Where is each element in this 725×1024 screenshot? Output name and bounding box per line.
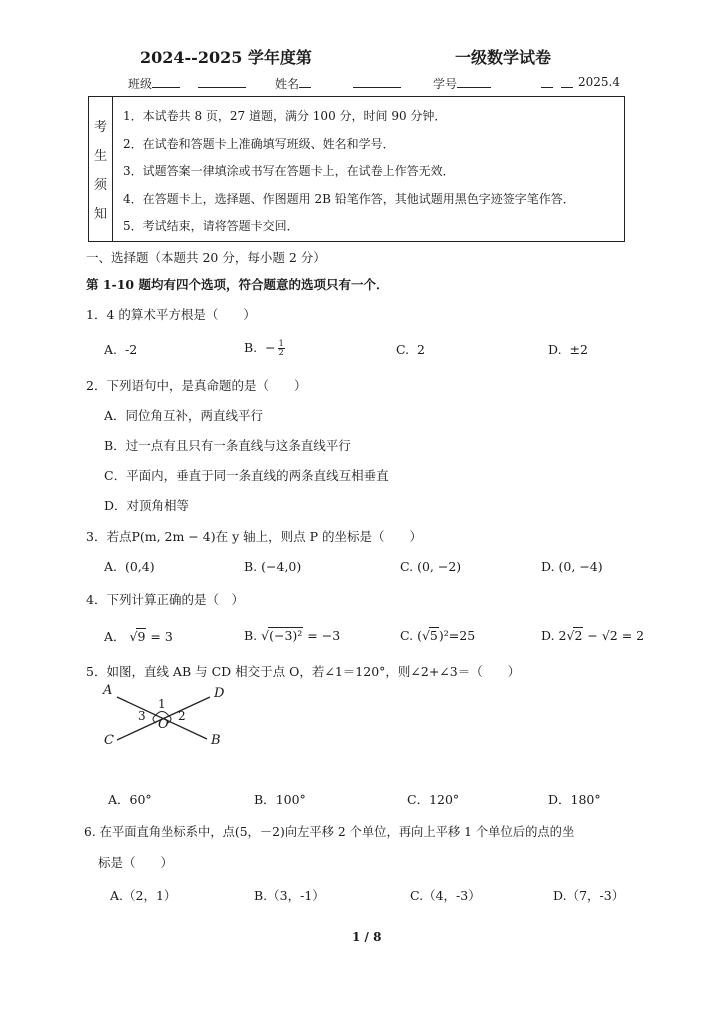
name-label: 姓名	[275, 77, 299, 91]
option-label: D.	[548, 342, 562, 357]
question-2-option-a: A．同位角互补，两直线平行	[104, 406, 263, 424]
question-5-stem: 5．如图，直线 AB 与 CD 相交于点 O，若∠1＝120°，则∠2+∠3＝（…	[86, 662, 520, 680]
option-text: = −3	[303, 628, 340, 643]
question-6-option-b: B.（3，-1）	[254, 886, 325, 904]
option-label: B.	[254, 888, 267, 903]
name-blank	[299, 76, 311, 88]
exam-title-left: 2024--2025 学年度第	[140, 45, 312, 68]
student-id-label: 学号	[433, 77, 457, 91]
question-5-option-a: A．60°	[108, 790, 152, 808]
option-text: (0, −4)	[559, 559, 603, 574]
question-1-option-b: B. −12	[244, 340, 285, 357]
option-text: 过一点有且只有一条直线与这条直线平行	[126, 438, 351, 453]
exam-date: 2025.4	[578, 75, 620, 89]
notice-side-char: 须	[94, 174, 107, 193]
option-text: （3，-1）	[267, 888, 325, 903]
point-c-label: C	[104, 733, 114, 748]
question-6-option-d: D.（7，-3）	[553, 886, 624, 904]
question-2-option-d: D．对顶角相等	[104, 496, 189, 514]
question-4-option-d: D. 2√2 − √2 = 2	[541, 627, 644, 643]
page-number: 1 / 8	[352, 930, 381, 944]
option-label: A.	[104, 559, 117, 574]
question-3-option-a: A. (0,4)	[104, 559, 155, 574]
option-text: = 3	[146, 629, 172, 644]
notice-item: 2．在试卷和答题卡上准确填写班级、姓名和学号．	[123, 131, 618, 159]
question-4-option-c: C. (√5)²=25	[400, 627, 475, 643]
student-id-blank-3	[561, 76, 573, 88]
option-label: C.	[400, 559, 413, 574]
class-blank-2	[198, 76, 246, 88]
option-text: ±2	[570, 342, 588, 357]
question-6-stem-line-1: 6. 在平面直角坐标系中，点(5，－2)向左平移 2 个单位，再向上平移 1 个…	[84, 822, 574, 840]
point-b-label: B	[211, 733, 221, 748]
question-5-option-c: C．120°	[407, 790, 459, 808]
option-text: 120°	[429, 792, 459, 807]
question-2-option-b: B．过一点有且只有一条直线与这条直线平行	[104, 436, 351, 454]
question-1-option-a: A. -2	[104, 342, 137, 357]
question-3-stem: 3．若点P(m, 2m − 4)在 y 轴上，则点 P 的坐标是（ ）	[86, 527, 422, 545]
notice-item: 4．在答题卡上，选择题、作图题用 2B 铅笔作答，其他试题用黑色字迹签字笔作答．	[123, 186, 618, 214]
exam-title-right: 一级数学试卷	[455, 45, 551, 68]
point-d-label: D	[214, 686, 224, 701]
exam-notice-box: 考 生 须 知 1．本试卷共 8 页，27 道题，满分 100 分，时间 90 …	[88, 96, 625, 242]
name-field: 姓名	[275, 75, 401, 92]
notice-item: 1．本试卷共 8 页，27 道题，满分 100 分，时间 90 分钟．	[123, 103, 618, 131]
point-a-label: A	[103, 683, 112, 698]
option-label: B.	[244, 559, 257, 574]
notice-side-char: 考	[94, 116, 107, 135]
option-text: 对顶角相等	[127, 498, 190, 513]
class-field: 班级	[128, 75, 246, 92]
option-text: 平面内，垂直于同一条直线的两条直线互相垂直	[126, 468, 389, 483]
question-6-option-a: A.（2，1）	[110, 886, 176, 904]
question-1-option-c: C. 2	[396, 342, 425, 357]
option-label: A.	[104, 342, 117, 357]
angle-1-label: 1	[158, 697, 166, 711]
question-2-option-c: C．平面内，垂直于同一条直线的两条直线互相垂直	[104, 466, 389, 484]
radicand: 5	[429, 627, 439, 643]
notice-side-label: 考 生 须 知	[89, 97, 113, 241]
option-label: D.	[541, 628, 555, 643]
option-text: − √2 = 2	[583, 628, 644, 643]
option-label: D．	[548, 792, 571, 807]
angle-2-label: 2	[178, 709, 186, 723]
notice-side-char: 知	[94, 203, 107, 222]
radicand: 2	[573, 627, 583, 643]
option-text: （7，-3）	[567, 888, 625, 903]
option-text: -2	[125, 342, 137, 357]
question-6-option-c: C.（4，-3）	[410, 886, 481, 904]
question-3-option-c: C. (0, −2)	[400, 559, 461, 574]
option-label: C.	[410, 888, 423, 903]
question-3-option-b: B. (−4,0)	[244, 559, 301, 574]
option-label: A．	[104, 629, 126, 644]
option-text: 100°	[276, 792, 306, 807]
question-1-stem: 1．4 的算术平方根是（ ）	[86, 305, 256, 323]
fraction: 12	[278, 340, 285, 357]
option-text: （2，1）	[123, 888, 176, 903]
option-text: （4，-3）	[423, 888, 481, 903]
option-text: 60°	[130, 792, 152, 807]
student-id-field: 学号	[433, 75, 573, 92]
option-label: A.	[110, 888, 123, 903]
option-label: B．	[104, 438, 126, 453]
question-4-option-a: A． √9 = 3	[104, 627, 173, 645]
option-label: D.	[541, 559, 555, 574]
question-4-option-b: B. √(−3)² = −3	[244, 627, 340, 643]
option-label: A．	[104, 408, 126, 423]
option-label: C．	[104, 468, 126, 483]
option-text: (−4,0)	[261, 559, 301, 574]
option-text: 同位角互补，两直线平行	[126, 408, 264, 423]
student-id-blank	[457, 76, 491, 88]
question-1-option-d: D. ±2	[548, 342, 588, 357]
option-label: B.	[244, 340, 257, 355]
notice-list: 1．本试卷共 8 页，27 道题，满分 100 分，时间 90 分钟． 2．在试…	[123, 103, 618, 241]
question-5-option-d: D．180°	[548, 790, 601, 808]
class-label: 班级	[128, 77, 152, 91]
option-text: (0, −2)	[417, 559, 461, 574]
fraction-denominator: 2	[278, 349, 285, 357]
option-text: 2	[417, 342, 425, 357]
option-label: C．	[407, 792, 429, 807]
option-label: B．	[254, 792, 276, 807]
point-o-label: O	[158, 717, 169, 732]
option-text: (0,4)	[125, 559, 155, 574]
section-title: 一、选择题（本题共 20 分，每小题 2 分）	[86, 248, 326, 266]
notice-item: 5．考试结束，请将答题卡交回．	[123, 213, 618, 241]
sqrt-sign: 2√	[559, 628, 575, 643]
option-label: B.	[244, 628, 257, 643]
option-text: )²=25	[439, 628, 475, 643]
radicand: (−3)²	[268, 627, 303, 643]
question-3-option-d: D. (0, −4)	[541, 559, 603, 574]
option-label: D．	[104, 498, 127, 513]
option-label: C.	[400, 628, 413, 643]
option-label: A．	[108, 792, 130, 807]
radicand: 9	[136, 628, 146, 644]
question-5-option-b: B．100°	[254, 790, 306, 808]
option-label: C.	[396, 342, 409, 357]
name-blank-2	[353, 76, 401, 88]
notice-item: 3．试题答案一律填涂或书写在答题卡上，在试卷上作答无效．	[123, 158, 618, 186]
question-2-stem: 2．下列语句中，是真命题的是（ ）	[86, 376, 306, 394]
question-4-stem: 4．下列计算正确的是（ ）	[86, 590, 244, 608]
angle-3-label: 3	[138, 709, 146, 723]
section-instruction: 第 1-10 题均有四个选项，符合题意的选项只有一个．	[86, 275, 389, 293]
question-6-stem-line-2: 标是（ ）	[98, 853, 173, 871]
option-text: −	[265, 340, 275, 355]
student-id-blank-2	[541, 76, 553, 88]
option-text: 180°	[571, 792, 601, 807]
option-label: D.	[553, 888, 567, 903]
class-blank	[152, 76, 180, 88]
notice-side-char: 生	[94, 145, 107, 164]
